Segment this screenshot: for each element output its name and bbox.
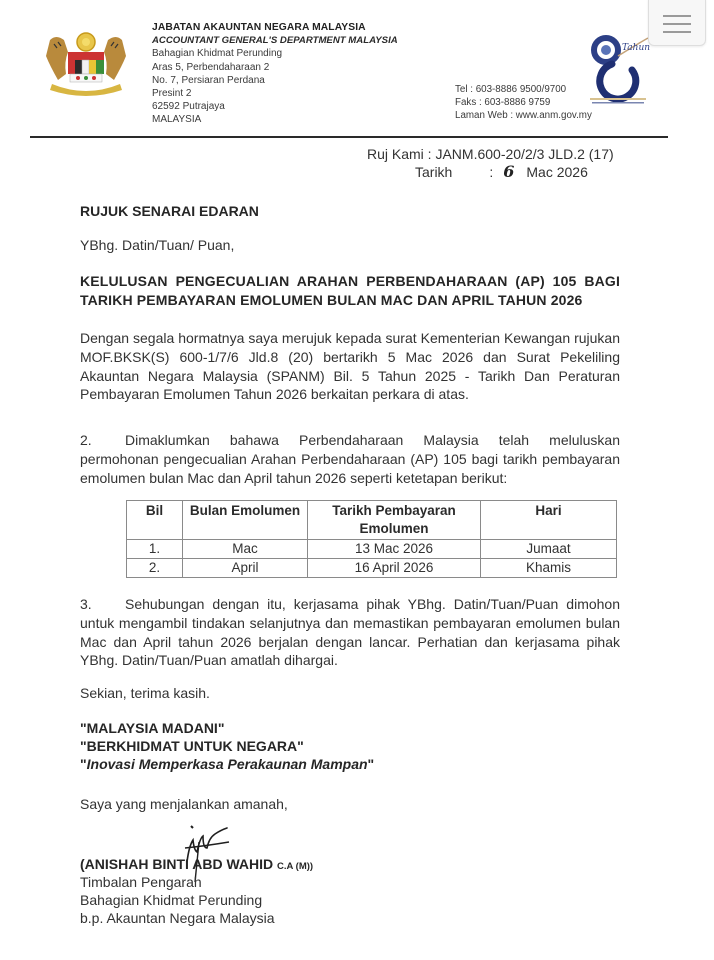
letter-subject: KELULUSAN PENGECUALIAN ARAHAN PERBENDAHA…: [80, 272, 620, 310]
address-line: No. 7, Persiaran Perdana: [152, 74, 398, 87]
organization-address-block: JABATAN AKAUNTAN NEGARA MALAYSIA ACCOUNT…: [152, 21, 398, 127]
recipient-line: RUJUK SENARAI EDARAN: [80, 202, 620, 221]
ref-label: Ruj Kami: [367, 146, 424, 162]
paragraph-number: 2.: [80, 431, 125, 450]
web-line: Laman Web : www.anm.gov.my: [455, 109, 592, 122]
subject-line-2: TARIKH PEMBAYARAN EMOLUMEN BULAN MAC DAN…: [80, 292, 582, 308]
org-name-ms: JABATAN AKAUNTAN NEGARA MALAYSIA: [152, 21, 398, 34]
letter-date: Tarikh:6Mac 2026: [415, 162, 588, 181]
signatory-position: Timbalan Pengarah: [80, 873, 620, 892]
hamburger-menu-button[interactable]: [648, 0, 706, 46]
address-line: Aras 5, Perbendaharaan 2: [152, 61, 398, 74]
cell-hari: Jumaat: [481, 540, 617, 559]
signatory-on-behalf: b.p. Akauntan Negara Malaysia: [80, 909, 620, 928]
amanah-line: Saya yang menjalankan amanah,: [80, 795, 620, 814]
table-row: 2. April 16 April 2026 Khamis: [127, 559, 617, 578]
tel-line: Tel : 603-8886 9500/9700: [455, 83, 592, 96]
address-line: MALAYSIA: [152, 113, 398, 126]
paragraph-1: Dengan segala hormatnya saya merujuk kep…: [80, 329, 620, 404]
fax-line: Faks : 603-8886 9759: [455, 96, 592, 109]
salutation: YBhg. Datin/Tuan/ Puan,: [80, 236, 620, 255]
menu-icon-bar: [663, 15, 691, 17]
payment-date-table: Bil Bulan Emolumen Tarikh Pembayaran Emo…: [126, 500, 617, 578]
paragraph-text: Sehubungan dengan itu, kerjasama pihak Y…: [80, 596, 620, 668]
motto-berkhidmat: "BERKHIDMAT UNTUK NEGARA": [80, 737, 620, 756]
table-row: 1. Mac 13 Mac 2026 Jumaat: [127, 540, 617, 559]
paragraph-text: Dimaklumkan bahawa Perbendaharaan Malays…: [80, 432, 620, 486]
date-label: Tarikh: [415, 164, 452, 180]
cell-tarikh: 13 Mac 2026: [308, 540, 481, 559]
contact-block: Tel : 603-8886 9500/9700 Faks : 603-8886…: [455, 83, 592, 122]
col-header-bil: Bil: [127, 501, 183, 540]
menu-icon-bar: [663, 23, 691, 25]
motto-malaysia-madani: "MALAYSIA MADANI": [80, 719, 620, 738]
cell-bil: 1.: [127, 540, 183, 559]
address-line: Presint 2: [152, 87, 398, 100]
ref-value: JANM.600-20/2/3 JLD.2 (17): [435, 146, 613, 162]
paragraph-number: 3.: [80, 595, 125, 614]
cell-hari: Khamis: [481, 559, 617, 578]
paragraph-3: 3.Sehubungan dengan itu, kerjasama pihak…: [80, 595, 620, 670]
closing-line: Sekian, terima kasih.: [80, 684, 620, 703]
cell-tarikh: 16 April 2026: [308, 559, 481, 578]
paragraph-2: 2.Dimaklumkan bahawa Perbendaharaan Mala…: [80, 431, 620, 487]
date-day-handwritten: 6: [503, 162, 514, 181]
motto-inovasi-text: Inovasi Memperkasa Perakaunan Mampan: [87, 756, 368, 772]
cell-bil: 2.: [127, 559, 183, 578]
svg-text:Tahun: Tahun: [622, 43, 650, 53]
address-line: 62592 Putrajaya: [152, 100, 398, 113]
col-header-hari: Hari: [481, 501, 617, 540]
org-name-en: ACCOUNTANT GENERAL'S DEPARTMENT MALAYSIA: [152, 34, 398, 47]
cell-bulan: April: [183, 559, 308, 578]
header-divider: [30, 136, 668, 138]
malaysia-coat-of-arms-logo: [38, 30, 134, 96]
signatory-division: Bahagian Khidmat Perunding: [80, 891, 620, 910]
col-header-tarikh: Tarikh Pembayaran Emolumen: [308, 501, 481, 540]
anm-80-tahun-logo: Tahun: [582, 26, 654, 108]
reference-number: Ruj Kami : JANM.600-20/2/3 JLD.2 (17): [367, 146, 614, 162]
cell-bulan: Mac: [183, 540, 308, 559]
motto-inovasi: "Inovasi Memperkasa Perakaunan Mampan": [80, 755, 620, 774]
menu-icon-bar: [663, 31, 691, 33]
table-header-row: Bil Bulan Emolumen Tarikh Pembayaran Emo…: [127, 501, 617, 540]
subject-line-1: KELULUSAN PENGECUALIAN ARAHAN PERBENDAHA…: [80, 272, 620, 291]
address-line: Bahagian Khidmat Perunding: [152, 47, 398, 60]
date-month-year: Mac 2026: [526, 164, 587, 180]
col-header-bulan: Bulan Emolumen: [183, 501, 308, 540]
signatory-postnominal: C.A (M)): [277, 861, 313, 872]
